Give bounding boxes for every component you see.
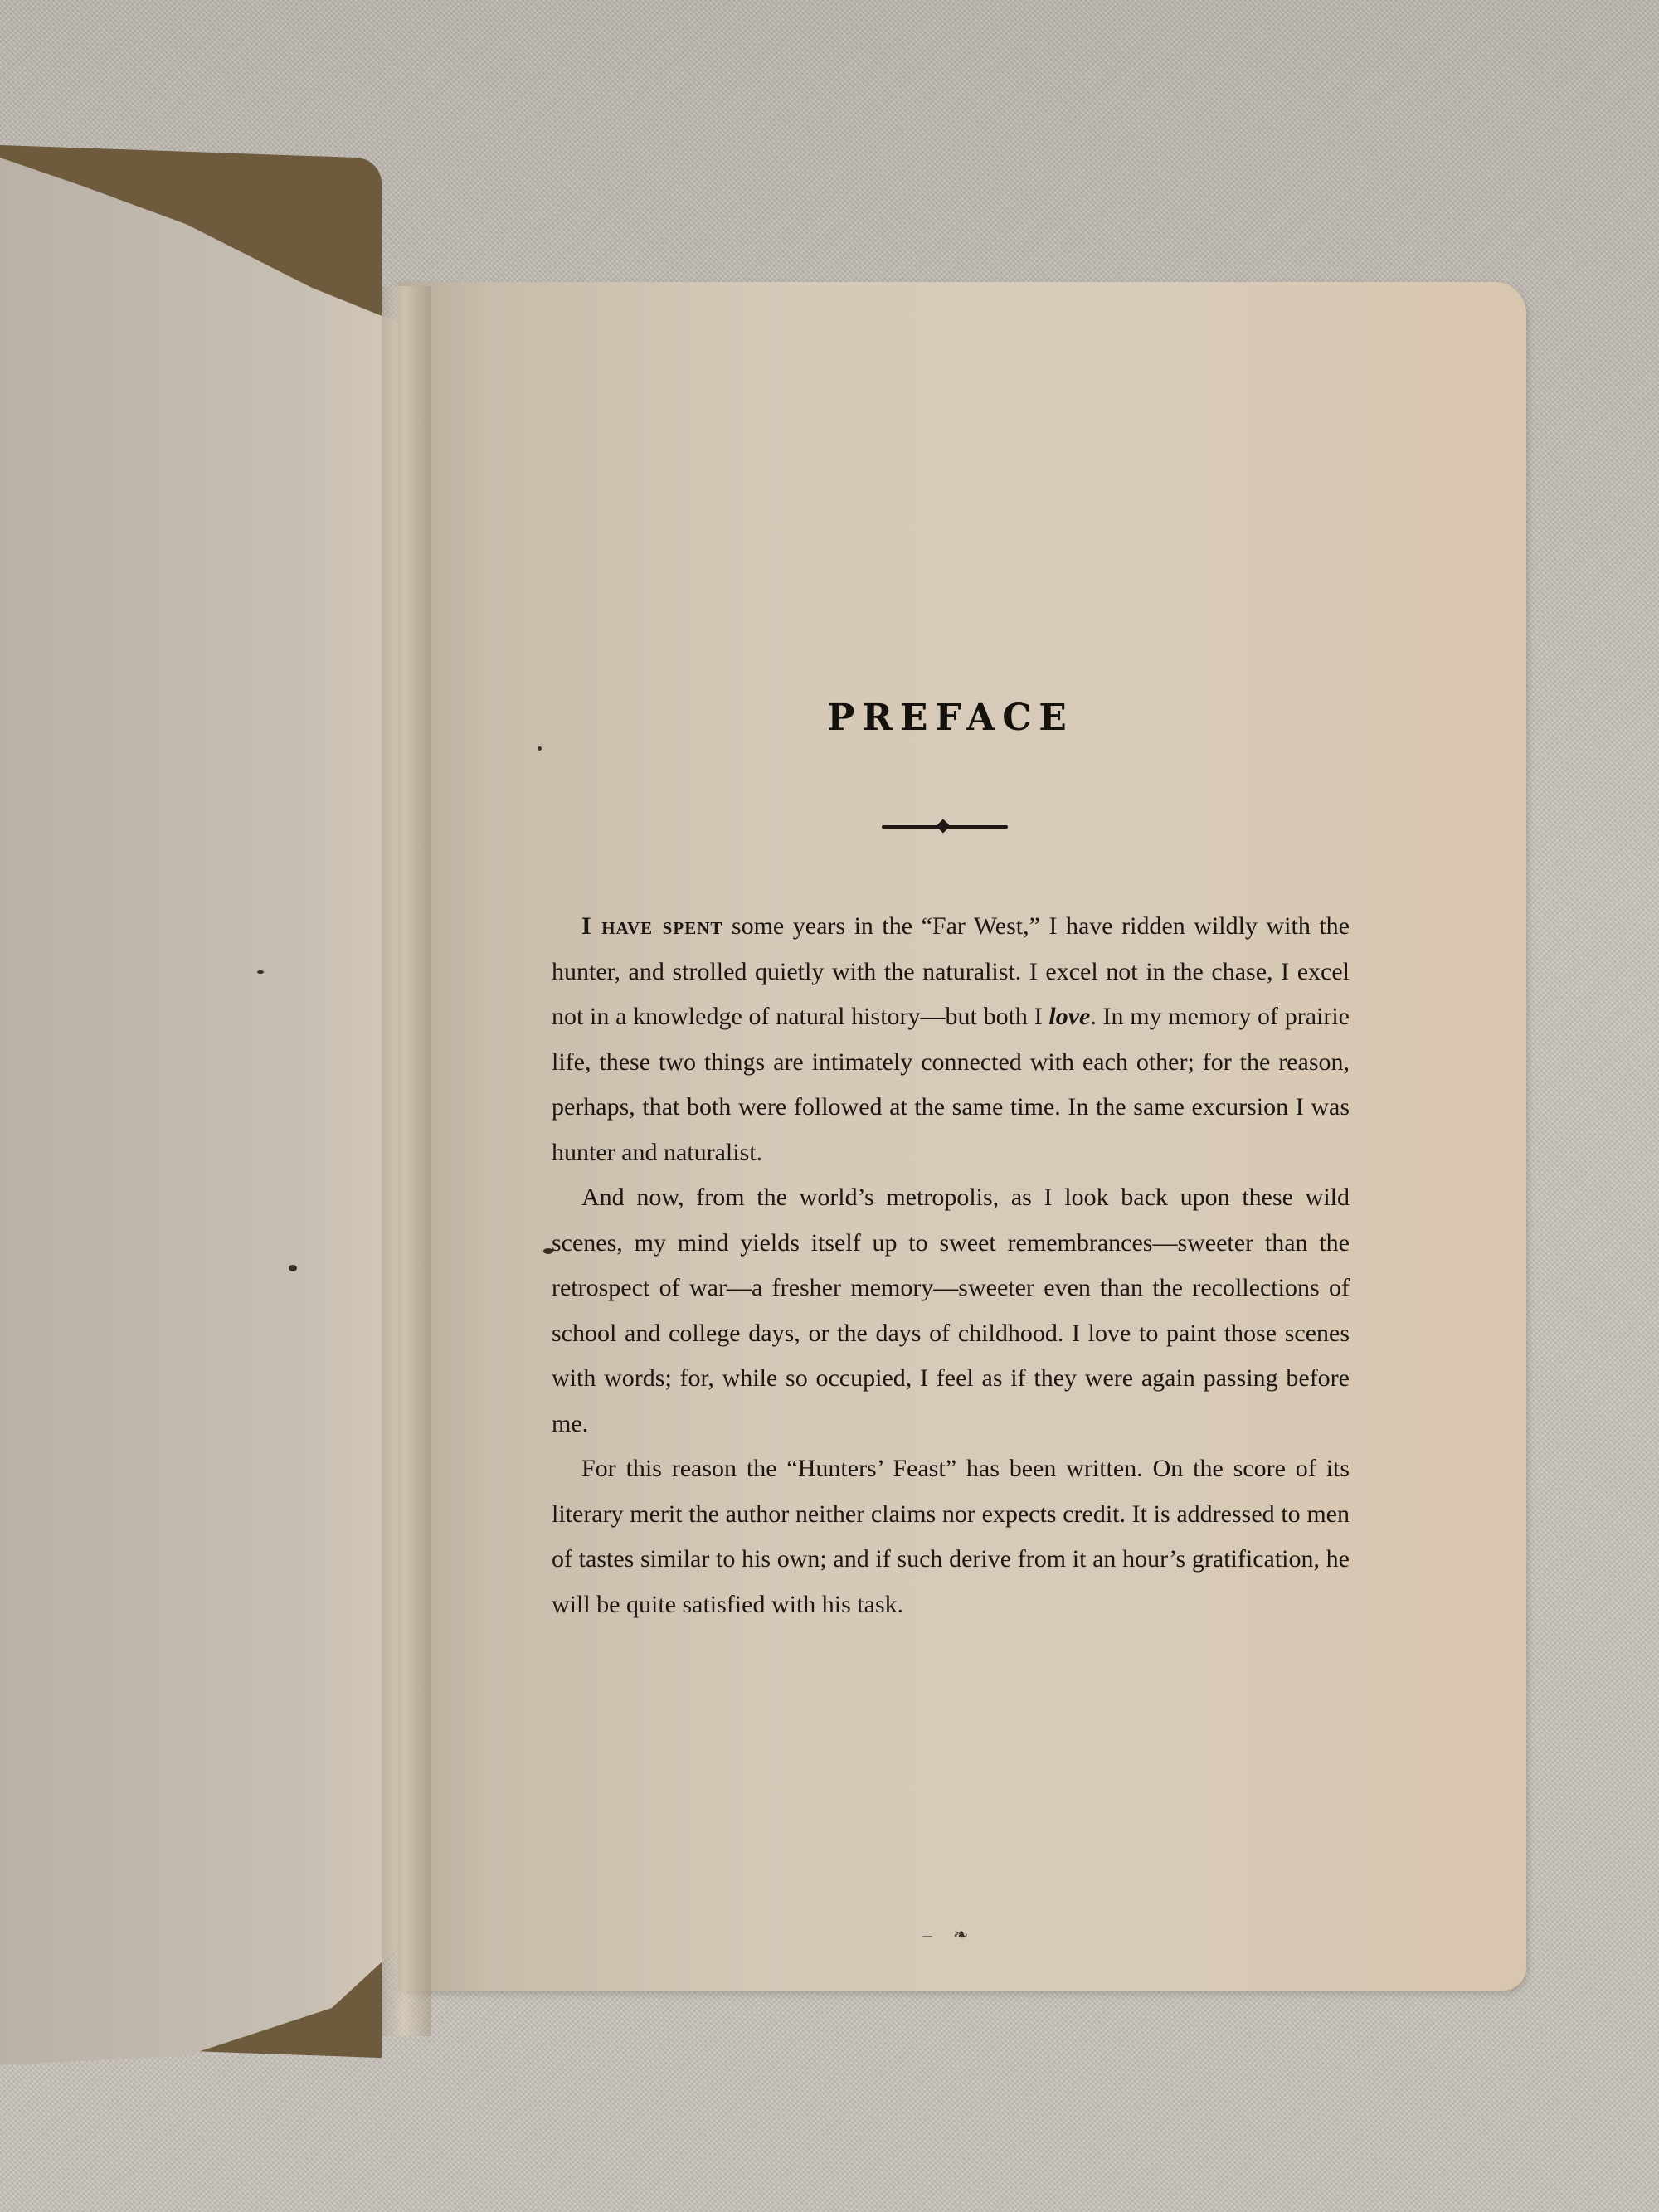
paper-speck <box>543 1248 553 1254</box>
paper-speck <box>257 970 264 974</box>
preface-body: I have spent some years in the “Far West… <box>552 904 1350 1627</box>
page-title: PREFACE <box>552 697 1350 739</box>
left-page-blank <box>0 158 415 2065</box>
right-page: PREFACE I have spent some years in the “… <box>398 282 1526 1991</box>
paragraph-1: I have spent some years in the “Far West… <box>552 904 1350 1175</box>
emphasis-love: love <box>1048 1003 1090 1030</box>
paragraph-3: For this reason the “Hunters’ Feast” has… <box>552 1446 1350 1627</box>
lead-in-smallcaps: I have spent <box>581 912 722 940</box>
paragraph-2: And now, from the world’s metropolis, as… <box>552 1175 1350 1446</box>
paper-speck <box>289 1265 297 1271</box>
ornament-diamond-icon <box>937 819 951 834</box>
paper-speck <box>538 746 542 751</box>
book-gutter <box>382 286 431 2036</box>
page-folio-mark: – ❧ <box>900 1924 1000 1946</box>
